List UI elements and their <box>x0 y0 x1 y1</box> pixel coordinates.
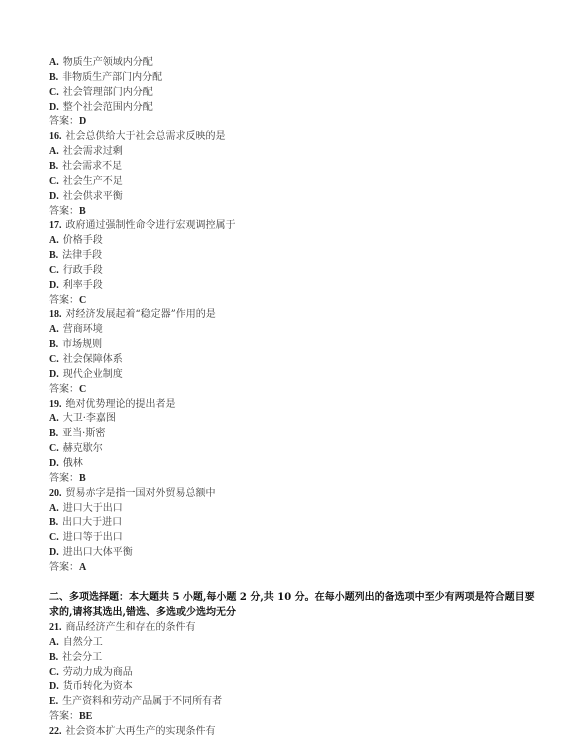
answer-value: C <box>79 295 86 306</box>
item-label: A. <box>49 637 59 648</box>
item-label: 21. <box>49 622 62 633</box>
answer-label: 答案： <box>49 206 79 217</box>
option-line: C.赫克歇尔 <box>49 443 103 455</box>
item-text: 俄林 <box>63 458 83 469</box>
answer-line: 答案：C <box>49 384 86 396</box>
item-label: C. <box>49 443 59 454</box>
item-label: D. <box>49 191 59 202</box>
item-label: D. <box>49 369 59 380</box>
option-line: A.物质生产领域内分配 <box>49 57 153 69</box>
item-text: 劳动力成为商品 <box>63 667 133 678</box>
item-label: E. <box>49 696 58 707</box>
item-text: 行政手段 <box>63 265 103 276</box>
item-label: C. <box>49 265 59 276</box>
item-label: B. <box>49 517 58 528</box>
item-label: C. <box>49 176 59 187</box>
item-text: 对经济发展起着“稳定器”作用的是 <box>66 309 216 320</box>
option-line: C.进口等于出口 <box>49 532 123 544</box>
answer-label: 答案： <box>49 562 79 573</box>
question-stem: 20.贸易赤字是指一国对外贸易总额中 <box>49 488 216 500</box>
answer-label: 答案： <box>49 295 79 306</box>
item-label: D. <box>49 547 59 558</box>
option-line: C.行政手段 <box>49 265 103 277</box>
option-line: D.社会供求平衡 <box>49 191 123 203</box>
item-text: 进口等于出口 <box>63 532 123 543</box>
item-label: 17. <box>49 220 62 231</box>
answer-line: 答案：B <box>49 206 86 218</box>
option-line: D.俄林 <box>49 458 83 470</box>
item-text: 社会供求平衡 <box>63 191 123 202</box>
answer-label: 答案： <box>49 711 79 722</box>
item-text: 社会需求过剩 <box>63 146 123 157</box>
option-line: B.社会需求不足 <box>49 161 122 173</box>
section-heading-line-2: 求的,请将其选出,错选、多选或少选均无分 <box>49 607 236 619</box>
option-line: D.进出口大体平衡 <box>49 547 133 559</box>
option-line: A.价格手段 <box>49 235 103 247</box>
item-text: 出口大于进口 <box>62 517 122 528</box>
item-label: D. <box>49 280 59 291</box>
option-line: A.大卫·李嘉图 <box>49 413 116 425</box>
option-line: D.现代企业制度 <box>49 369 123 381</box>
option-line: B.市场规则 <box>49 339 102 351</box>
item-text: 绝对优势理论的提出者是 <box>66 399 176 410</box>
item-text: 社会生产不足 <box>63 176 123 187</box>
answer-line: 答案：D <box>49 116 86 128</box>
item-text: 利率手段 <box>63 280 103 291</box>
document-page: A.物质生产领域内分配B.非物质生产部门内分配C.社会管理部门内分配D.整个社会… <box>0 0 567 738</box>
answer-line: 答案：BE <box>49 711 92 723</box>
item-text: 贸易赤字是指一国对外贸易总额中 <box>66 488 216 499</box>
item-text: 社会总供给大于社会总需求反映的是 <box>66 131 226 142</box>
item-label: 19. <box>49 399 62 410</box>
option-line: B.社会分工 <box>49 652 102 664</box>
item-label: C. <box>49 532 59 543</box>
option-line: D.利率手段 <box>49 280 103 292</box>
item-label: 18. <box>49 309 62 320</box>
item-label: A. <box>49 324 59 335</box>
item-label: A. <box>49 503 59 514</box>
item-text: 社会分工 <box>62 652 102 663</box>
item-text: 价格手段 <box>63 235 103 246</box>
answer-label: 答案： <box>49 473 79 484</box>
item-text: 社会需求不足 <box>62 161 122 172</box>
item-label: D. <box>49 458 59 469</box>
item-text: 进出口大体平衡 <box>63 547 133 558</box>
item-label: D. <box>49 102 59 113</box>
option-line: C.社会管理部门内分配 <box>49 87 153 99</box>
option-line: D.整个社会范围内分配 <box>49 102 153 114</box>
item-text: 自然分工 <box>63 637 103 648</box>
item-text: 商品经济产生和存在的条件有 <box>66 622 196 633</box>
item-label: A. <box>49 235 59 246</box>
item-text: 进口大于出口 <box>63 503 123 514</box>
option-line: E.生产资料和劳动产品属于不同所有者 <box>49 696 222 708</box>
question-stem: 18.对经济发展起着“稳定器”作用的是 <box>49 309 216 321</box>
section-heading-line-1: 二、多项选择题：本大题共 5 小题,每小题 2 分,共 10 分。在每小题列出的… <box>49 592 535 604</box>
item-text: 现代企业制度 <box>63 369 123 380</box>
option-line: A.营商环境 <box>49 324 103 336</box>
item-label: D. <box>49 681 59 692</box>
item-label: A. <box>49 413 59 424</box>
item-label: C. <box>49 667 59 678</box>
item-text: 物质生产领域内分配 <box>63 57 153 68</box>
item-label: 22. <box>49 726 62 737</box>
option-line: C.社会生产不足 <box>49 176 123 188</box>
option-line: B.法律手段 <box>49 250 102 262</box>
item-text: 政府通过强制性命令进行宏观调控属于 <box>66 220 236 231</box>
option-line: C.劳动力成为商品 <box>49 667 133 679</box>
item-text: 非物质生产部门内分配 <box>62 72 162 83</box>
option-line: B.出口大于进口 <box>49 517 122 529</box>
answer-value: C <box>79 384 86 395</box>
option-line: C.社会保障体系 <box>49 354 123 366</box>
option-line: B.非物质生产部门内分配 <box>49 72 162 84</box>
item-text: 赫克歇尔 <box>63 443 103 454</box>
item-text: 社会管理部门内分配 <box>63 87 153 98</box>
question-stem: 19.绝对优势理论的提出者是 <box>49 399 176 411</box>
item-text: 生产资料和劳动产品属于不同所有者 <box>62 696 222 707</box>
option-line: A.社会需求过剩 <box>49 146 123 158</box>
answer-line: 答案：A <box>49 562 86 574</box>
item-label: B. <box>49 652 58 663</box>
item-label: 20. <box>49 488 62 499</box>
item-label: C. <box>49 87 59 98</box>
item-label: 16. <box>49 131 62 142</box>
answer-value: A <box>79 562 86 573</box>
answer-line: 答案：B <box>49 473 86 485</box>
answer-value: BE <box>79 711 92 722</box>
item-label: C. <box>49 354 59 365</box>
answer-value: D <box>79 116 86 127</box>
answer-label: 答案： <box>49 384 79 395</box>
question-stem: 16.社会总供给大于社会总需求反映的是 <box>49 131 226 143</box>
item-text: 社会保障体系 <box>63 354 123 365</box>
item-text: 营商环境 <box>63 324 103 335</box>
option-line: D.货币转化为资本 <box>49 681 133 693</box>
item-label: A. <box>49 57 59 68</box>
question-stem: 22.社会资本扩大再生产的实现条件有 <box>49 726 216 738</box>
item-label: A. <box>49 146 59 157</box>
item-label: B. <box>49 250 58 261</box>
answer-line: 答案：C <box>49 295 86 307</box>
answer-label: 答案： <box>49 116 79 127</box>
item-label: B. <box>49 428 58 439</box>
item-text: 法律手段 <box>62 250 102 261</box>
question-stem: 17.政府通过强制性命令进行宏观调控属于 <box>49 220 236 232</box>
item-text: 货币转化为资本 <box>63 681 133 692</box>
answer-value: B <box>79 206 86 217</box>
item-text: 大卫·李嘉图 <box>63 413 116 424</box>
answer-value: B <box>79 473 86 484</box>
question-stem: 21.商品经济产生和存在的条件有 <box>49 622 196 634</box>
item-label: B. <box>49 339 58 350</box>
item-text: 整个社会范围内分配 <box>63 102 153 113</box>
item-label: B. <box>49 161 58 172</box>
item-text: 亚当·斯密 <box>62 428 105 439</box>
item-text: 市场规则 <box>62 339 102 350</box>
item-label: B. <box>49 72 58 83</box>
item-text: 社会资本扩大再生产的实现条件有 <box>66 726 216 737</box>
option-line: B.亚当·斯密 <box>49 428 105 440</box>
option-line: A.自然分工 <box>49 637 103 649</box>
option-line: A.进口大于出口 <box>49 503 123 515</box>
